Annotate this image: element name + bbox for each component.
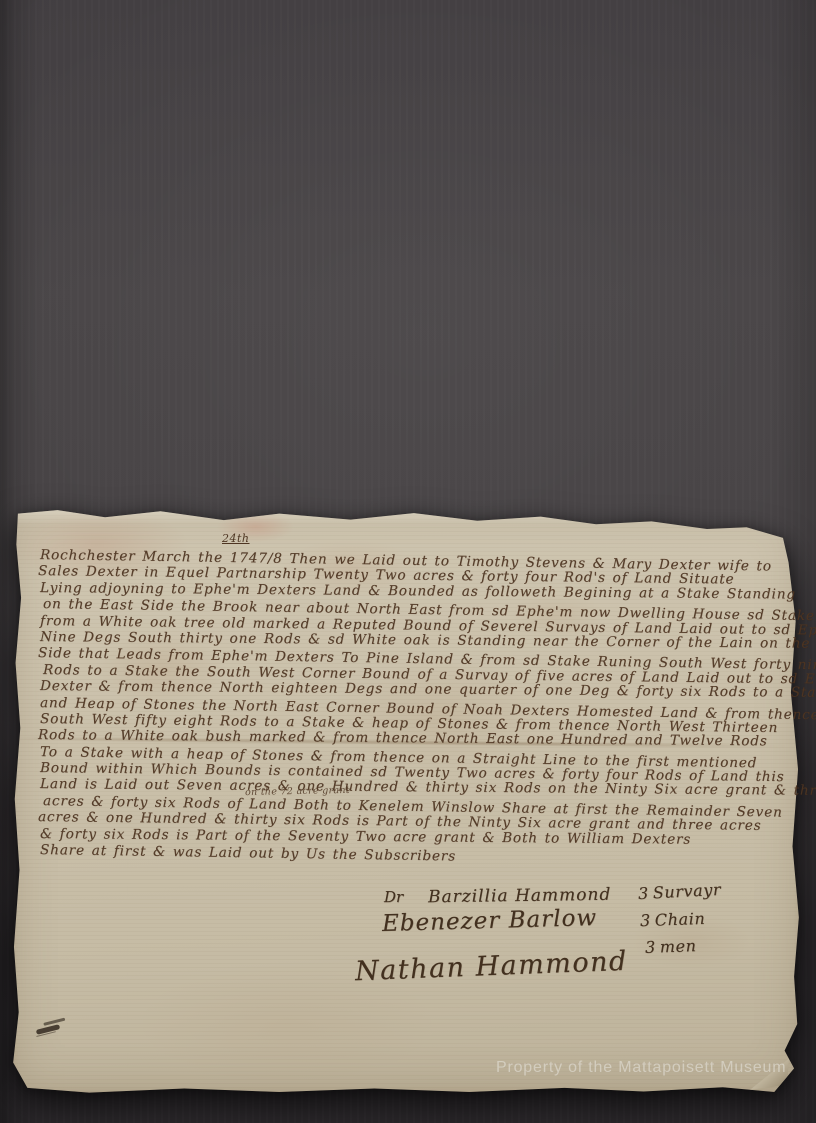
handwritten-body: Rochchester March the 1747/8 Then we Lai…: [40, 547, 800, 858]
signature-prefix: Dr: [384, 888, 403, 906]
role-label: men: [659, 936, 696, 956]
brace-glyph: 3: [645, 938, 656, 957]
museum-watermark: Property of the Mattapoisett Museum: [496, 1059, 786, 1077]
date-superscript: 24th: [222, 532, 250, 545]
torn-edge-highlight: [10, 503, 802, 529]
role-label: Chain: [654, 909, 705, 930]
signature-surveyor-name: Barzillia Hammond: [428, 885, 612, 908]
interline-insertion: on the 72 acre grant: [245, 785, 350, 798]
role-label: Survayr: [652, 880, 721, 903]
photo-background: 24th Rochchester March the 1747/8 Then w…: [0, 0, 816, 1123]
ink-blot: [36, 1024, 60, 1035]
signature-chainman-role-men: 3men: [645, 936, 697, 957]
brace-glyph: 3: [640, 911, 651, 930]
signature-chainman-role-chain: 3Chain: [640, 909, 706, 930]
brace-glyph: 3: [638, 884, 650, 904]
